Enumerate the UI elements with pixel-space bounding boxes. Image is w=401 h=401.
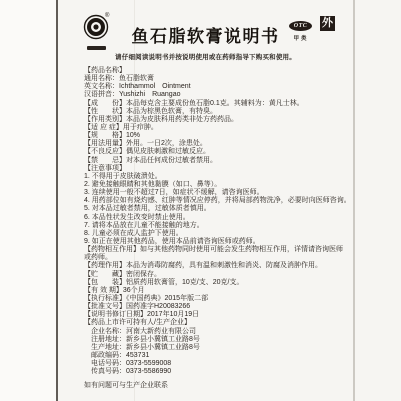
otc-badge: OTC: [289, 21, 312, 31]
leaflet-text-line: 【有 效 期】36个月: [84, 287, 370, 295]
leaflet-text-line: 【注意事项】: [84, 165, 370, 173]
leaflet-text-line: 邮政编码：453731: [84, 352, 370, 360]
leaflet-text-line: 【药理作用】本品为消毒防腐药，具有温和刺激性和消炎、防腐及消肿作用。: [84, 262, 370, 270]
leaflet-text-line: 【药品上市许可持有人/生产企业】: [84, 319, 370, 327]
contact-note: 如有问题可与生产企业联系: [84, 382, 370, 390]
otc-class-label: 甲类: [288, 34, 314, 42]
page-subtitle: 请仔细阅读说明书并按说明使用或在药师指导下购买和使用。: [57, 52, 354, 61]
leaflet-text-line: 【作用类别】本品为皮肤科用药类非处方药药品。: [84, 116, 370, 124]
leaflet-text-line: 电话号码：0373-5599008: [84, 360, 370, 368]
leaflet-text-line: 7. 请将本品放在儿童不能接触的地方。: [84, 222, 370, 230]
leaflet-scan: { "page": { "title": "鱼石脂软膏说明书", "subtit…: [0, 0, 401, 401]
leaflet-text-line: 【包 装】铝质药用软膏管，10克/支、20克/支。: [84, 279, 370, 287]
leaflet-text-line: 【适 应 症】用于疖肿。: [84, 124, 370, 132]
leaflet-text-line: 【性 状】本品为棕黑色软膏，有特臭。: [84, 108, 370, 116]
leaflet-text-line: 【禁 忌】对本品任何成份过敏者禁用。: [84, 157, 370, 165]
leaflet-text-line: 【成 份】本品每克含主要成份鱼石脂0.1克。其辅料为：黄凡士林。: [84, 100, 370, 108]
leaflet-text-line: 传真号码：0373-5586990: [84, 368, 370, 376]
leaflet-text-line: 汉语拼音：Yushizhi Ruangao: [84, 91, 370, 99]
leaflet-body: 【药品名称】 通用名称：鱼石脂软膏 英文名称：Ichthammol Ointme…: [84, 67, 370, 390]
registered-trademark-symbol: ®: [105, 13, 109, 19]
leaflet-text-line: 8. 儿童必须在成人监护下使用。: [84, 230, 370, 238]
leaflet-text-line: 生产地址：新乡县小冀镇工业路8号: [84, 344, 370, 352]
leaflet-text-line: 【批准文号】国药准字H20083266: [84, 303, 370, 311]
leaflet-text-line: 6. 本品性状发生改变时禁止使用。: [84, 214, 370, 222]
leaflet-text-line: 注册地址：新乡县小冀镇工业路8号: [84, 336, 370, 344]
leaflet-text-line: 企业名称：河南大新药业有限公司: [84, 328, 370, 336]
leaflet-text-line: 【不良反应】偶见皮肤刺激和过敏反应。: [84, 148, 370, 156]
leaflet-text-line: 5. 对本品过敏者禁用，过敏体质者慎用。: [84, 205, 370, 213]
external-use-badge: 外: [320, 16, 335, 31]
leaflet-text-line: 【执行标准】《中国药典》2015年版二部: [84, 295, 370, 303]
leaflet-text-line: 1. 不得用于皮肤破溃处。: [84, 173, 370, 181]
scan-left-margin: [0, 0, 56, 401]
leaflet-text-line: 【贮 藏】密闭保存。: [84, 271, 370, 279]
leaflet-text-line: 【药品名称】: [84, 67, 370, 75]
leaflet-text-line: 2. 避免接触眼睛和其他黏膜（如口、鼻等）。: [84, 181, 370, 189]
leaflet-text-line: 【药物相互作用】如与其他药物同时使用可能会发生药物相互作用，详情请咨询医师: [84, 246, 370, 254]
leaflet-text-line: 9. 如正在使用其他药品，使用本品前请咨询医师或药师。: [84, 238, 370, 246]
